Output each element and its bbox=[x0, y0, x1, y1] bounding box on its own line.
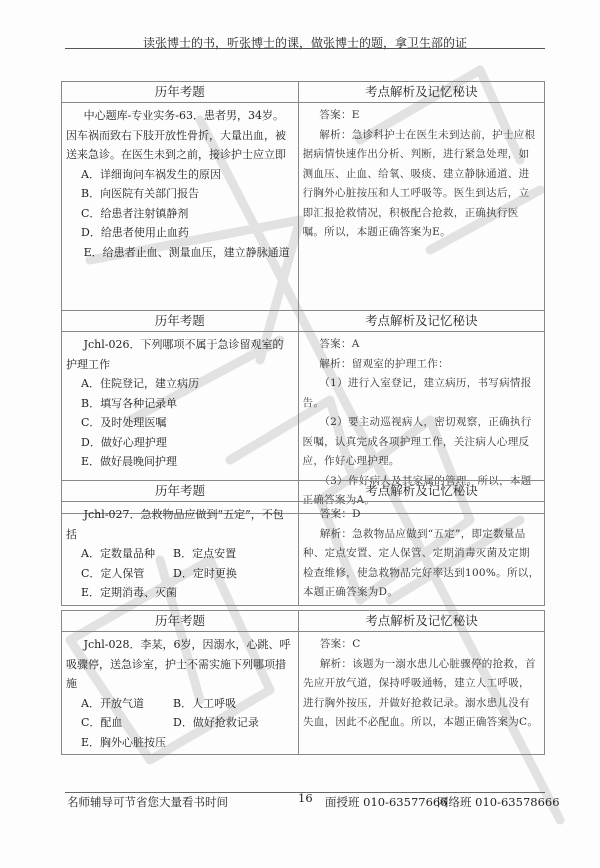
analysis-cell: 答案：E 解析：急诊科护士在医生未到达前，护士应根据病情快速作出分析、判断，进行… bbox=[299, 103, 544, 245]
option-c: C．定人保管 bbox=[81, 564, 173, 584]
analysis-cell: 答案：C 解析：该题为一溺水患儿心脏骤停的抢救，首先应开放气道，保持呼吸通畅，建… bbox=[299, 632, 544, 735]
question-cell: 中心题库-专业实务-63．患者男，34岁。因车祸而致右下肢开放性骨折，大量出血，… bbox=[62, 103, 298, 264]
question-cell: Jchl-027．急救物品应做到“五定”，不包括 A．定数量品种 B．定点安置 … bbox=[62, 502, 298, 605]
option-c: C．给患者注射镇静剂 bbox=[66, 204, 294, 224]
col-header-past-questions: 历年考题 bbox=[62, 611, 299, 632]
analysis-point-1: （1）进行入室登记，建立病历，书写病情报告。 bbox=[303, 374, 540, 413]
option-b: B．定点安置 bbox=[173, 544, 236, 564]
option-b: B．向医院有关部门报告 bbox=[66, 184, 294, 204]
options-row-ab: A．定数量品种 B．定点安置 bbox=[66, 544, 294, 564]
options-row-cd: C．定人保管 D．定时更换 bbox=[66, 564, 294, 584]
analysis-point-2: （2）要主动巡视病人，密切观察，正确执行医嘱，认真完成各项护理工作，关注病人心理… bbox=[303, 413, 540, 472]
footer-slogan: 名师辅导可节省您大量看书时间 bbox=[67, 794, 228, 810]
option-d: D．给患者使用止血药 bbox=[66, 223, 294, 243]
option-c: C．及时处理医嘱 bbox=[66, 413, 294, 433]
option-a: A．开放气道 bbox=[81, 694, 173, 714]
online-class-phone: 网络班 010-63578666 bbox=[437, 794, 560, 810]
col-header-past-questions: 历年考题 bbox=[62, 311, 299, 332]
option-a: A．详细询问车祸发生的原因 bbox=[66, 165, 294, 185]
question-text: Jchl-027．急救物品应做到“五定”，不包括 bbox=[66, 505, 294, 544]
option-e: E．做好晨晚间护理 bbox=[66, 452, 294, 472]
question-table-1: 历年考题 考点解析及记忆秘诀 中心题库-专业实务-63．患者男，34岁。因车祸而… bbox=[61, 81, 545, 311]
analysis-text: 解析：急诊科护士在医生未到达前，护士应根据病情快速作出分析、判断，进行紧急处理，… bbox=[303, 126, 540, 243]
col-header-analysis: 考点解析及记忆秘诀 bbox=[298, 82, 544, 103]
answer-text: 答案：A bbox=[303, 335, 540, 355]
question-table-3: 历年考题 考点解析及记忆秘诀 Jchl-027．急救物品应做到“五定”，不包括 … bbox=[61, 480, 545, 606]
col-header-analysis: 考点解析及记忆秘诀 bbox=[299, 611, 545, 632]
answer-text: 答案：E bbox=[303, 106, 540, 126]
option-a: A．住院登记，建立病历 bbox=[66, 374, 294, 394]
answer-text: 答案：D bbox=[303, 505, 540, 525]
question-cell: Jchl-028．李某，6岁，因溺水，心跳、呼吸骤停，送急诊室，护士不需实施下列… bbox=[62, 632, 298, 754]
col-header-analysis: 考点解析及记忆秘诀 bbox=[298, 311, 544, 332]
page-number: 16 bbox=[298, 791, 313, 805]
option-b: B．填写各种记录单 bbox=[66, 394, 294, 414]
col-header-past-questions: 历年考题 bbox=[62, 82, 299, 103]
option-b: B．人工呼吸 bbox=[173, 694, 236, 714]
col-header-past-questions: 历年考题 bbox=[62, 481, 299, 502]
option-a: A．定数量品种 bbox=[81, 544, 173, 564]
option-d: D．做好抢救记录 bbox=[173, 713, 259, 733]
option-e: E．胸外心脏按压 bbox=[66, 733, 294, 753]
analysis-text: 解析：留观室的护理工作： bbox=[303, 355, 540, 375]
analysis-cell: 答案：D 解析：急救物品应做到“五定”，即定数量品种、定点安置、定人保管、定期消… bbox=[299, 502, 544, 605]
face-class-phone: 面授班 010-63577666 bbox=[325, 794, 448, 810]
options-row-ab: A．开放气道 B．人工呼吸 bbox=[66, 694, 294, 714]
question-table-4: 历年考题 考点解析及记忆秘诀 Jchl-028．李某，6岁，因溺水，心跳、呼吸骤… bbox=[61, 610, 545, 755]
option-d: D．定时更换 bbox=[173, 564, 237, 584]
question-text: 中心题库-专业实务-63．患者男，34岁。因车祸而致右下肢开放性骨折，大量出血，… bbox=[66, 106, 294, 165]
analysis-text: 解析：该题为一溺水患儿心脏骤停的抢救，首先应开放气道，保持呼吸通畅，建立人工呼吸… bbox=[303, 655, 540, 733]
question-cell: Jchl-026．下列哪项不属于急诊留观室的护理工作 A．住院登记，建立病历 B… bbox=[62, 332, 298, 474]
option-d: D．做好心理护理 bbox=[66, 433, 294, 453]
analysis-text: 解析：急救物品应做到“五定”，即定数量品种、定点安置、定人保管、定期消毒灭菌及定… bbox=[303, 525, 540, 603]
options-row-cd: C．配血 D．做好抢救记录 bbox=[66, 713, 294, 733]
header-divider bbox=[65, 48, 545, 49]
col-header-analysis: 考点解析及记忆秘诀 bbox=[298, 481, 544, 502]
option-c: C．配血 bbox=[81, 713, 173, 733]
question-text: Jchl-028．李某，6岁，因溺水，心跳、呼吸骤停，送急诊室，护士不需实施下列… bbox=[66, 635, 294, 694]
answer-text: 答案：C bbox=[303, 635, 540, 655]
option-e: E．给患者止血、测量血压，建立静脉通道 bbox=[66, 243, 294, 263]
option-e: E．定期消毒、灭菌 bbox=[66, 583, 294, 603]
question-text: Jchl-026．下列哪项不属于急诊留观室的护理工作 bbox=[66, 335, 294, 374]
